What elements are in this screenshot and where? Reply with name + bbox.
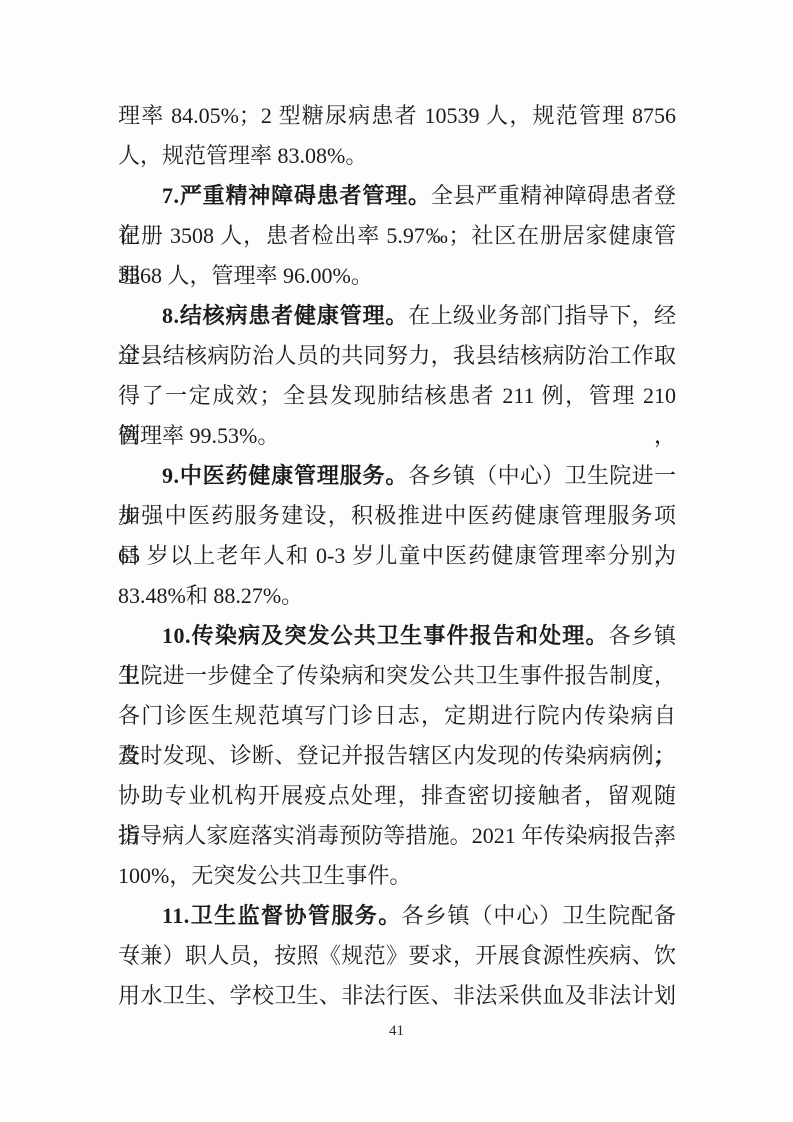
paragraph-text: 100%，无突发公共卫生事件。 bbox=[118, 863, 411, 888]
paragraph-text: 生院进一步健全了传染病和突发公共卫生事件报告制度， bbox=[118, 663, 676, 688]
paragraph-heading: 7.严重精神障碍患者管理。 bbox=[162, 183, 431, 208]
page-number: 41 bbox=[0, 1020, 793, 1042]
paragraph-text: 及时发现、诊断、登记并报告辖区内发现的传染病病例； bbox=[118, 743, 676, 768]
text-line: 7.严重精神障碍患者管理。全县严重精神障碍患者登记 bbox=[118, 176, 676, 216]
paragraph-text: 理率 84.05%；2 型糖尿病患者 10539 人，规范管理 8756 bbox=[118, 103, 676, 128]
paragraph-heading: 10.传染病及突发公共卫生事件报告和处理。 bbox=[162, 623, 609, 648]
text-line: 得了一定成效；全县发现肺结核患者 211 例，管理 210 例， bbox=[118, 376, 676, 416]
text-line: 指导病人家庭落实消毒预防等措施。2021 年传染病报告率 bbox=[118, 816, 676, 856]
paragraph-heading: 8.结核病患者健康管理。 bbox=[162, 303, 408, 328]
text-line: 协助专业机构开展疫点处理，排查密切接触者，留观随访， bbox=[118, 776, 676, 816]
paragraph-text: 全县结核病防治人员的共同努力，我县结核病防治工作取 bbox=[118, 343, 676, 368]
text-line: 及时发现、诊断、登记并报告辖区内发现的传染病病例； bbox=[118, 736, 676, 776]
paragraph-text: 65 岁以上老年人和 0-3 岁儿童中医药健康管理率分别为 bbox=[118, 543, 676, 568]
document-page: 理率 84.05%；2 型糖尿病患者 10539 人，规范管理 8756人，规范… bbox=[0, 0, 793, 1122]
text-line: 83.48%和 88.27%。 bbox=[118, 576, 676, 616]
paragraph-text: 3368 人，管理率 96.00%。 bbox=[118, 263, 373, 288]
paragraph-text: 用水卫生、学校卫生、非法行医、非法采供血及非法计划 bbox=[118, 983, 676, 1008]
text-line: 理率 84.05%；2 型糖尿病患者 10539 人，规范管理 8756 bbox=[118, 96, 676, 136]
text-line: 8.结核病患者健康管理。在上级业务部门指导下，经过 bbox=[118, 296, 676, 336]
text-line: 生院进一步健全了传染病和突发公共卫生事件报告制度， bbox=[118, 656, 676, 696]
paragraph-text: 83.48%和 88.27%。 bbox=[118, 583, 303, 608]
paragraph-heading: 9.中医药健康管理服务。 bbox=[162, 463, 408, 488]
text-line: 用水卫生、学校卫生、非法行医、非法采供血及非法计划 bbox=[118, 976, 676, 1016]
text-line: 9.中医药健康管理服务。各乡镇（中心）卫生院进一步 bbox=[118, 456, 676, 496]
paragraph-text: 人，规范管理率 83.08%。 bbox=[118, 143, 367, 168]
paragraph-text: 管理率 99.53%。 bbox=[118, 423, 279, 448]
text-line: 人，规范管理率 83.08%。 bbox=[118, 136, 676, 176]
paragraph-heading: 11.卫生监督协管服务。 bbox=[162, 903, 402, 928]
text-line: 65 岁以上老年人和 0-3 岁儿童中医药健康管理率分别为 bbox=[118, 536, 676, 576]
text-line: 11.卫生监督协管服务。各乡镇（中心）卫生院配备专 bbox=[118, 896, 676, 936]
text-line: 100%，无突发公共卫生事件。 bbox=[118, 856, 676, 896]
text-line: 10.传染病及突发公共卫生事件报告和处理。各乡镇卫 bbox=[118, 616, 676, 656]
paragraph-text: 指导病人家庭落实消毒预防等措施。2021 年传染病报告率 bbox=[118, 823, 676, 848]
document-body: 理率 84.05%；2 型糖尿病患者 10539 人，规范管理 8756人，规范… bbox=[118, 96, 676, 1016]
text-line: 在册 3508 人，患者检出率 5.97‰；社区在册居家健康管理 bbox=[118, 216, 676, 256]
text-line: 加强中医药服务建设，积极推进中医药健康管理服务项目， bbox=[118, 496, 676, 536]
text-line: 全县结核病防治人员的共同努力，我县结核病防治工作取 bbox=[118, 336, 676, 376]
paragraph-text: （兼）职人员，按照《规范》要求，开展食源性疾病、饮 bbox=[118, 943, 676, 968]
text-line: （兼）职人员，按照《规范》要求，开展食源性疾病、饮 bbox=[118, 936, 676, 976]
text-line: 3368 人，管理率 96.00%。 bbox=[118, 256, 676, 296]
text-line: 各门诊医生规范填写门诊日志，定期进行院内传染病自查， bbox=[118, 696, 676, 736]
